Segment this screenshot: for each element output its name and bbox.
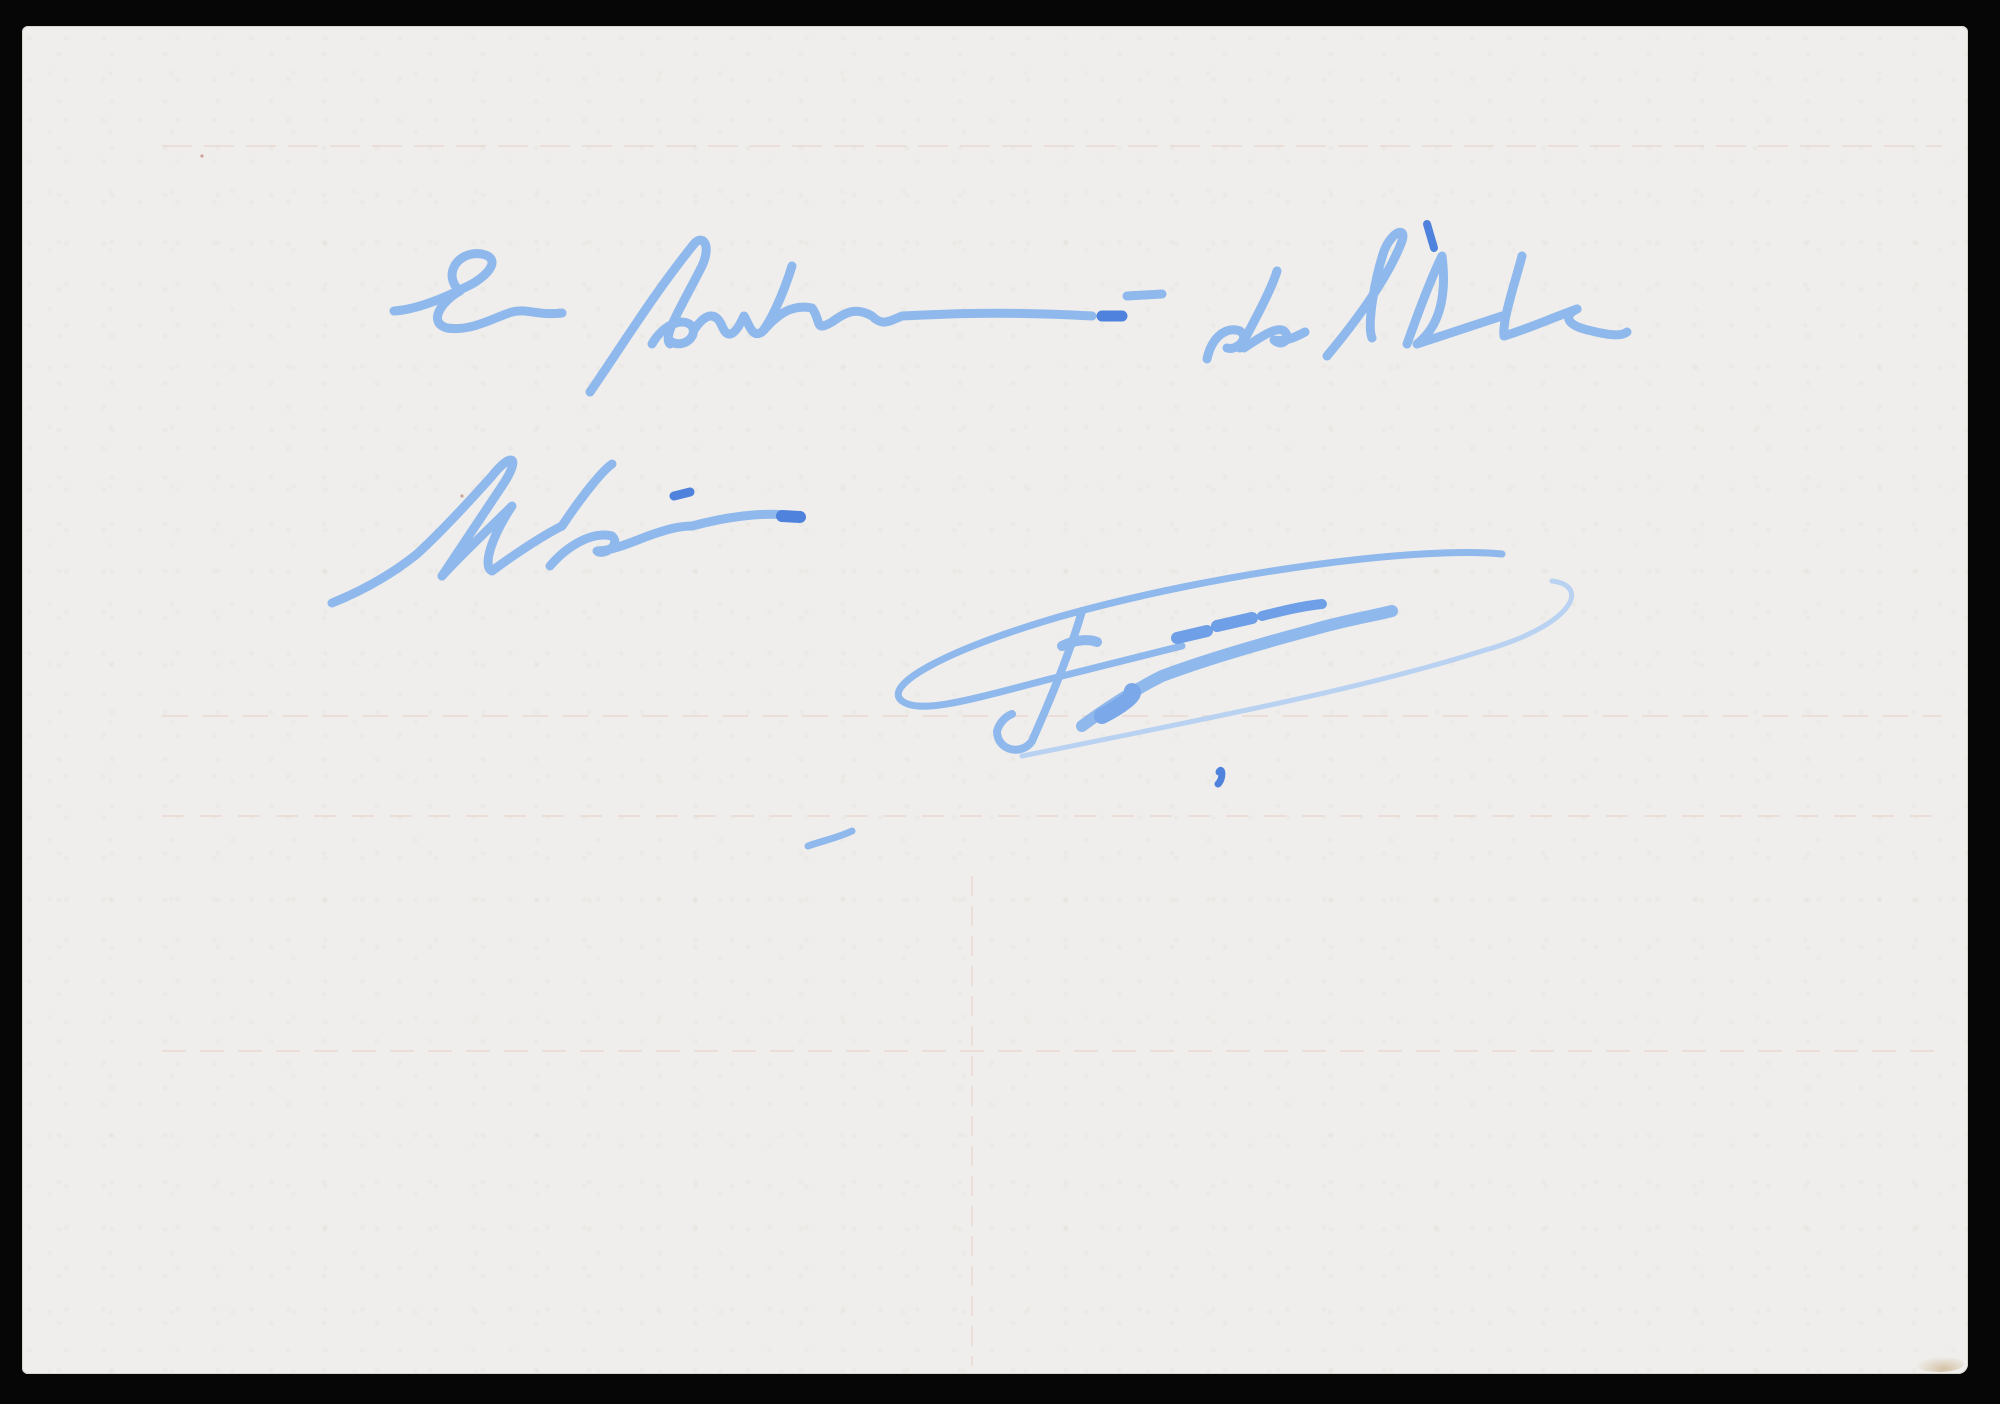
word-lile [1327, 224, 1627, 356]
handwriting-ink [22, 26, 1968, 1374]
word-de [1207, 271, 1305, 359]
signature [898, 553, 1571, 756]
word-souvenir [590, 240, 1162, 392]
word-en [394, 254, 562, 329]
ink-dot [1218, 770, 1222, 784]
word-maurice [332, 460, 800, 603]
ink-dash [808, 831, 852, 846]
card: En souvenir de l'Île Maurice (illegible … [22, 26, 1968, 1374]
corner-stain [1914, 1356, 1964, 1372]
